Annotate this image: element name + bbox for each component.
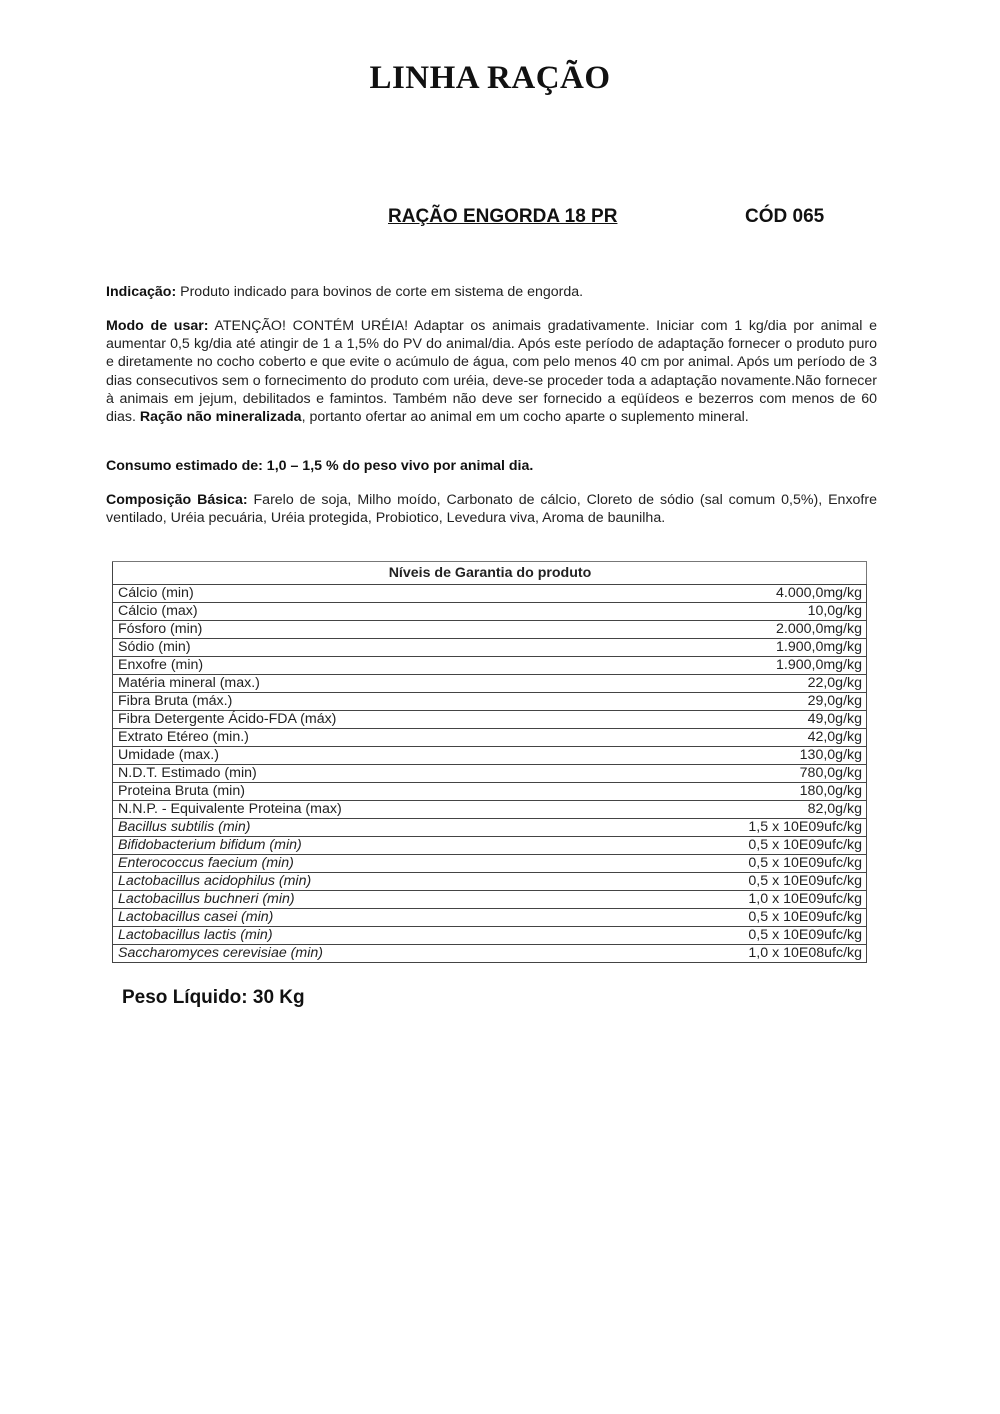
nutrient-value: 2.000,0mg/kg: [606, 621, 866, 639]
garantia-table: Níveis de Garantia do produto Cálcio (mi…: [112, 561, 867, 963]
nutrient-value: 22,0g/kg: [606, 675, 866, 693]
product-code: CÓD 065: [745, 206, 824, 228]
table-row: Extrato Etéreo (min.)42,0g/kg: [113, 729, 867, 747]
nutrient-name: Fibra Detergente Ácido-FDA (máx): [113, 711, 607, 729]
nutrient-value: 1,0 x 10E09ufc/kg: [606, 891, 866, 909]
table-row: Cálcio (min)4.000,0mg/kg: [113, 585, 867, 603]
nutrient-name: Cálcio (max): [113, 603, 607, 621]
indicacao-text: Produto indicado para bovinos de corte e…: [176, 284, 583, 300]
nutrient-name: N.N.P. - Equivalente Proteina (max): [113, 801, 607, 819]
nutrient-value: 42,0g/kg: [606, 729, 866, 747]
nutrient-value: 49,0g/kg: [606, 711, 866, 729]
nutrient-name: Matéria mineral (max.): [113, 675, 607, 693]
nutrient-value: 29,0g/kg: [606, 693, 866, 711]
table-row: Matéria mineral (max.)22,0g/kg: [113, 675, 867, 693]
table-row: Lactobacillus buchneri (min)1,0 x 10E09u…: [113, 891, 867, 909]
nutrient-value: 130,0g/kg: [606, 747, 866, 765]
nutrient-name: Fibra Bruta (máx.): [113, 693, 607, 711]
nutrient-value: 1.900,0mg/kg: [606, 657, 866, 675]
nutrient-name: Lactobacillus casei (min): [113, 909, 607, 927]
table-row: Fósforo (min)2.000,0mg/kg: [113, 621, 867, 639]
peso-liquido: Peso Líquido: 30 Kg: [122, 987, 305, 1009]
table-row: Saccharomyces cerevisiae (min)1,0 x 10E0…: [113, 945, 867, 963]
product-name: RAÇÃO ENGORDA 18 PR: [388, 206, 617, 228]
nutrient-name: Enterococcus faecium (min): [113, 855, 607, 873]
nutrient-value: 180,0g/kg: [606, 783, 866, 801]
nutrient-value: 0,5 x 10E09ufc/kg: [606, 927, 866, 945]
table-row: N.N.P. - Equivalente Proteina (max)82,0g…: [113, 801, 867, 819]
modo-de-usar-text-end: , portanto ofertar ao animal em um cocho…: [302, 409, 749, 425]
table-row: Proteina Bruta (min)180,0g/kg: [113, 783, 867, 801]
nutrient-name: N.D.T. Estimado (min): [113, 765, 607, 783]
nutrient-value: 4.000,0mg/kg: [606, 585, 866, 603]
nutrient-name: Proteina Bruta (min): [113, 783, 607, 801]
nutrient-value: 0,5 x 10E09ufc/kg: [606, 873, 866, 891]
table-row: Sódio (min)1.900,0mg/kg: [113, 639, 867, 657]
nutrient-name: Sódio (min): [113, 639, 607, 657]
table-row: Bacillus subtilis (min)1,5 x 10E09ufc/kg: [113, 819, 867, 837]
indicacao-label: Indicação:: [106, 284, 176, 300]
nutrient-value: 780,0g/kg: [606, 765, 866, 783]
modo-de-usar-label: Modo de usar:: [106, 318, 209, 334]
nutrient-name: Lactobacillus lactis (min): [113, 927, 607, 945]
nutrient-name: Extrato Etéreo (min.): [113, 729, 607, 747]
table-row: Cálcio (max)10,0g/kg: [113, 603, 867, 621]
nutrient-value: 1.900,0mg/kg: [606, 639, 866, 657]
table-row: Enxofre (min)1.900,0mg/kg: [113, 657, 867, 675]
modo-de-usar-paragraph: Modo de usar: ATENÇÃO! CONTÉM URÉIA! Ada…: [106, 317, 877, 426]
table-row: Bifidobacterium bifidum (min)0,5 x 10E09…: [113, 837, 867, 855]
nutrient-name: Umidade (max.): [113, 747, 607, 765]
garantia-table-body: Cálcio (min)4.000,0mg/kgCálcio (max)10,0…: [113, 585, 867, 963]
composicao-label: Composição Básica:: [106, 492, 248, 508]
indicacao-paragraph: Indicação: Produto indicado para bovinos…: [106, 283, 877, 301]
table-row: Fibra Bruta (máx.)29,0g/kg: [113, 693, 867, 711]
table-row: Lactobacillus casei (min)0,5 x 10E09ufc/…: [113, 909, 867, 927]
table-row: Enterococcus faecium (min)0,5 x 10E09ufc…: [113, 855, 867, 873]
table-row: N.D.T. Estimado (min)780,0g/kg: [113, 765, 867, 783]
consumo-estimado: Consumo estimado de: 1,0 – 1,5 % do peso…: [106, 457, 877, 475]
nutrient-name: Cálcio (min): [113, 585, 607, 603]
table-row: Lactobacillus acidophilus (min)0,5 x 10E…: [113, 873, 867, 891]
nutrient-name: Enxofre (min): [113, 657, 607, 675]
nutrient-value: 1,5 x 10E09ufc/kg: [606, 819, 866, 837]
nutrient-value: 10,0g/kg: [606, 603, 866, 621]
nutrient-name: Bifidobacterium bifidum (min): [113, 837, 607, 855]
nutrient-name: Saccharomyces cerevisiae (min): [113, 945, 607, 963]
nutrient-value: 1,0 x 10E08ufc/kg: [606, 945, 866, 963]
table-row: Fibra Detergente Ácido-FDA (máx)49,0g/kg: [113, 711, 867, 729]
nao-mineralizada-warning: Ração não mineralizada: [140, 409, 302, 425]
table-row: Umidade (max.)130,0g/kg: [113, 747, 867, 765]
nutrient-value: 0,5 x 10E09ufc/kg: [606, 855, 866, 873]
composicao-paragraph: Composição Básica: Farelo de soja, Milho…: [106, 491, 877, 527]
nutrient-name: Fósforo (min): [113, 621, 607, 639]
table-row: Lactobacillus lactis (min)0,5 x 10E09ufc…: [113, 927, 867, 945]
nutrient-value: 82,0g/kg: [606, 801, 866, 819]
nutrient-value: 0,5 x 10E09ufc/kg: [606, 837, 866, 855]
nutrient-name: Lactobacillus acidophilus (min): [113, 873, 607, 891]
nutrient-value: 0,5 x 10E09ufc/kg: [606, 909, 866, 927]
page-title: LINHA RAÇÃO: [0, 60, 980, 97]
nutrient-name: Bacillus subtilis (min): [113, 819, 607, 837]
garantia-table-header: Níveis de Garantia do produto: [113, 562, 867, 585]
nutrient-name: Lactobacillus buchneri (min): [113, 891, 607, 909]
